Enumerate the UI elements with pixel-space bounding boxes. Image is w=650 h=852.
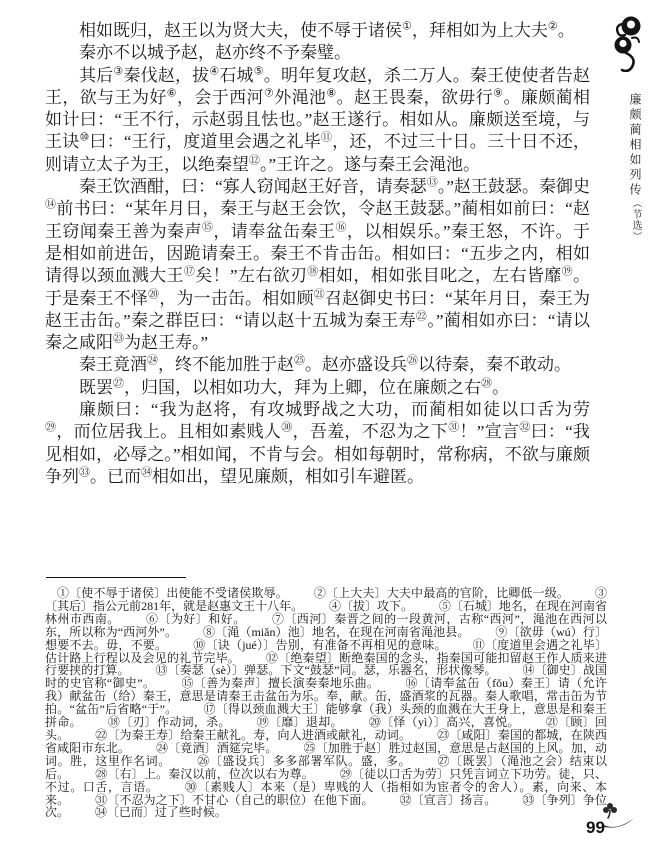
footnote: ⑩〔诀（jué）〕告别，有准备不再相见的意味。 [193,638,446,652]
page-number: 99 [586,818,605,838]
footnote: ㉖〔盛设兵〕多多部署军队。盛，多。 [197,754,411,768]
footnote: ㉒〔为秦王寿〕给秦王献礼。寿，向人进酒或献礼，动词。 [95,728,411,742]
book-page: 廉颇蔺相如列传（节选） 相如既归，赵王以为贤大夫，使不辱于诸侯①，拜相如为上大夫… [0,0,650,852]
footnote: ㉔〔竟酒〕酒筵完毕。 [156,741,277,755]
footnote-divider [46,577,186,578]
paragraph: 廉颇曰：“我为赵将，有攻城野战之大功，而蔺相如徒以口舌为劳㉙，而位居我上。且相如… [45,399,590,488]
footnote: ⑧〔渑（miǎn）池〕地名，在现在河南省渑池县。 [203,625,469,639]
footnote: ㉞〔已而〕过了些时候。 [95,805,227,819]
paragraph: 既罢㉗，归国，以相如功大，拜为上卿，位在廉颇之右㉘。 [45,377,590,399]
paragraph: 相如既归，赵王以为贤大夫，使不辱于诸侯①，拜相如为上大夫②。 [45,20,590,42]
chapter-title-main: 廉颇蔺相如列传 [628,93,642,198]
footnotes-block: ①〔使不辱于诸侯〕出使能不受诸侯欺辱。 ②〔上大夫〕大夫中最高的官阶，比卿低一级… [45,587,607,819]
floral-swirl-icon [610,14,644,72]
footnote: ⑲〔靡〕退却。 [257,715,343,729]
page-number-group: 99 [584,800,636,844]
chapter-title-sub: （节选） [630,198,641,242]
paragraph: 秦王竟酒㉔，终不能加胜于赵㉕。赵亦盛设兵㉖以待秦，秦不敢动。 [45,354,590,376]
paragraph: 其后③秦伐赵，拔④石城⑤。明年复攻赵，杀二万人。秦王使使者告赵王，欲与王为好⑥，… [45,65,590,176]
footnote: ①〔使不辱于诸侯〕出使能不受诸侯欺辱。 [57,586,288,600]
clover-flourish-icon [600,800,636,830]
footnote: ㉘〔右〕上。秦汉以前，位次以右为尊。 [95,767,314,781]
footnote: ⑳〔怿（yì）〕高兴，喜悦。 [369,715,520,729]
main-text: 相如既归，赵王以为贤大夫，使不辱于诸侯①，拜相如为上大夫②。 秦亦不以城予赵，赵… [45,20,590,488]
footnote: ⑥〔为好〕和好。 [146,612,246,626]
paragraph: 秦王饮酒酣，曰：“寡人窃闻赵王好音，请奏瑟⑬。”赵王鼓瑟。秦御史⑭前书曰：“某年… [45,176,590,354]
footnote: ⑱〔刃〕作动词，杀。 [108,715,231,729]
paragraph: 秦亦不以城予赵，赵亦终不予秦璧。 [45,42,590,64]
footnote: ㉜〔宣言〕扬言。 [400,793,497,807]
footnote: ②〔上大夫〕大夫中最高的官阶，比卿低一级。 [314,586,569,600]
footnote: ④〔拔〕攻下。 [329,599,413,613]
chapter-title-vertical: 廉颇蔺相如列传（节选） [627,93,644,323]
